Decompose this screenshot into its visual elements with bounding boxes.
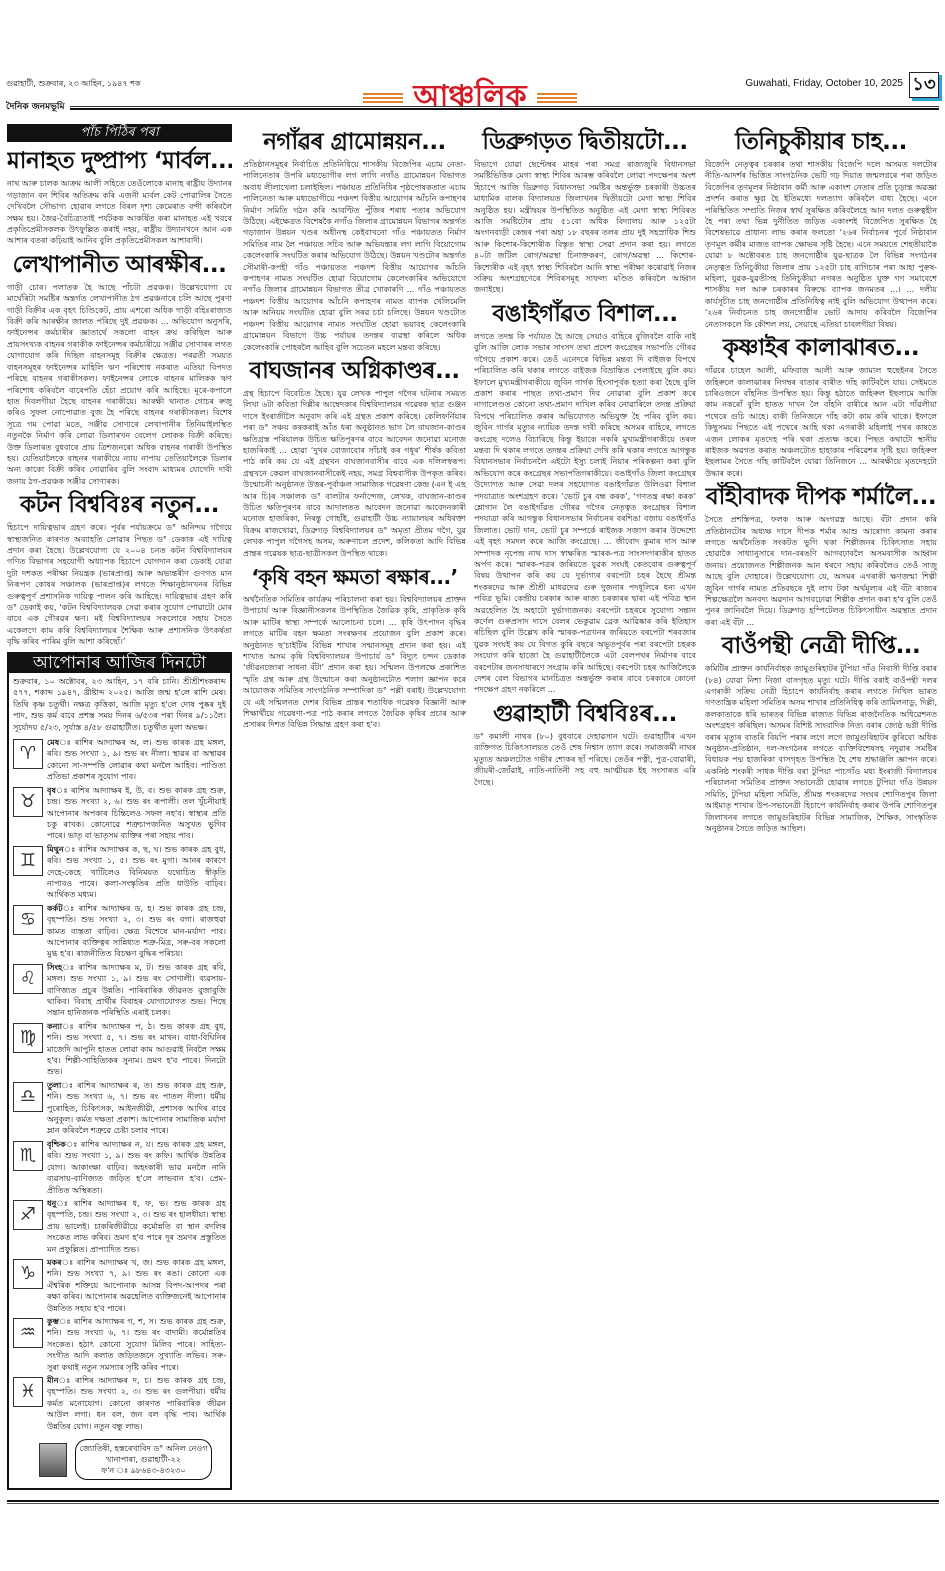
horoscope-title: আপোনাৰ আজিৰ দিনটো — [9, 654, 230, 673]
astrologer-name: জ্যোতিষী, হস্তৰেখাবিদ ড° অনিল নেওগ — [79, 1443, 208, 1454]
column-1: পাঁচ পিঠিৰ পৰা মানাহত দুষ্প্ৰাপ্য ‘মাৰ্ব… — [7, 124, 232, 1490]
zodiac-name: মকৰ — [47, 1258, 62, 1267]
zodiac-entry: ♈মেষঃ ৰাশিৰ আদ্যাক্ষৰ অ, ল। শুভ কাৰক গ্ৰ… — [9, 736, 230, 784]
article-body: গাঁৱৰে চাহেল আলী, মফিবাজ আলী আৰু জামাল হ… — [705, 365, 937, 479]
aries-icon: ♈ — [13, 739, 43, 769]
zodiac-name: কৰ্কট — [47, 904, 63, 913]
zodiac-name: বৃশ্চিক — [47, 1140, 66, 1149]
article-body: প্ৰতিষ্ঠানসমূহৰ নিৰ্বাচিত প্ৰতিনিধিয়ে শ… — [243, 159, 466, 353]
article-body: কমিটিৰ প্ৰাক্তন কাৰ্যনিৰ্বাহক জামুগুৰিহা… — [705, 663, 937, 834]
libra-icon: ♎ — [13, 1082, 43, 1112]
article-headline: বাঁহীবাদক দীপক শৰ্মালৈ... — [705, 482, 937, 512]
article-headline: নগাঁৱৰ গ্ৰামোন্নয়ন... — [243, 127, 466, 157]
zodiac-text: ঃ ৰাশিৰ আদ্যাক্ষৰ গ, শ, স। শুভ কাৰক গ্ৰহ… — [47, 1317, 226, 1372]
article-body: গ্ৰন্থ হিচাপে বিবেচিত হৈছে। যুৱ লেখক পাপ… — [243, 388, 466, 559]
english-date: Guwahati, Friday, October 10, 2025 — [745, 78, 903, 89]
zodiac-entry: ♎তুলাঃ ৰাশিৰ আদ্যাক্ষৰ ৰ, ত। শুভ কাৰক গ্… — [9, 1079, 230, 1138]
article: বাঁহীবাদক দীপক শৰ্মালৈ... সৈতে প্ৰশস্তিপ… — [705, 482, 937, 628]
article-body: ড° কমালী নাথৰ (৮০) বুধবাৰে দেহাৱসান ঘটে।… — [474, 731, 696, 788]
zodiac-text: ঃ ৰাশিৰ আদ্যাক্ষৰ অ, ল। শুভ কাৰক গ্ৰহ মঙ… — [47, 738, 226, 781]
article-headline: লেখাপানীত আৰক্ষীৰ... — [7, 250, 232, 280]
zodiac-text: ঃ ৰাশিৰ আদ্যাক্ষৰ ধ, ফ, ভ। শুভ কাৰক গ্ৰহ… — [47, 1199, 226, 1254]
article: গুৱাহাটী বিশ্ববিঃৰ... ড° কমালী নাথৰ (৮০)… — [474, 699, 696, 788]
article-headline: মানাহত দুষ্প্ৰাপ্য ‘মাৰ্বল...’ — [7, 146, 232, 176]
zodiac-name: কুম্ভ — [47, 1317, 59, 1326]
article: বাওঁপন্থী নেত্ৰী দীপ্তি... কমিটিৰ প্ৰাক্… — [705, 631, 937, 834]
zodiac-text: ঃ ৰাশিৰ আদ্যাক্ষৰ প, ঠ। শুভ কাৰক গ্ৰহ বু… — [47, 1022, 226, 1077]
zodiac-name: কন্যা — [47, 1022, 62, 1031]
zodiac-name: মীন — [47, 1376, 59, 1385]
astrologer-phone: ফ'ন ঃ ৯৮৬৪৩-৪৩২৩০ — [79, 1465, 208, 1476]
newspaper-brand: দৈনিক জনমভূমি — [6, 99, 64, 114]
zodiac-text: ঃ ৰাশিৰ আদ্যাক্ষৰ ক, ছ, ঘ। শুভ কাৰক গ্ৰহ… — [47, 845, 226, 900]
horoscope-box: আপোনাৰ আজিৰ দিনটো শুক্ৰবাৰ, ১০ অক্টোবৰ, … — [7, 652, 232, 1490]
zodiac-text: ঃ ৰাশিৰ আদ্যাক্ষৰ ন, য। শুভ কাৰক গ্ৰহ মঙ… — [47, 1140, 226, 1195]
cancer-icon: ♋ — [13, 905, 43, 935]
article-headline: বাঘজানৰ অগ্নিকাণ্ডৰ... — [243, 356, 466, 386]
logo-bars-right-icon — [537, 93, 577, 103]
astrologer-address: খানাপাৰা, গুৱাহাটী-২২ — [79, 1454, 208, 1465]
virgo-icon: ♍ — [13, 1023, 43, 1053]
article-body: নাথ আৰু চালক আক্ৰম আলী সহিতে তেওঁলোকে মা… — [7, 178, 232, 246]
zodiac-text: ঃ ৰাশিৰ আদ্যাক্ষৰ খ, জ। শুভ কাৰক গ্ৰহ মঙ… — [47, 1258, 226, 1313]
article-body: লগতে তদন্ত কি পৰ্যায়ত হৈ আছে সেয়াও বাহ… — [474, 331, 696, 696]
zodiac-entry: ♐ধনুঃ ৰাশিৰ আদ্যাক্ষৰ ধ, ফ, ভ। শুভ কাৰক … — [9, 1197, 230, 1256]
gemini-icon: ♊ — [13, 846, 43, 876]
article-body: বিভাগে যোৱা ছেপ্টেম্বৰ মাহৰ পৰা সমগ্ৰ ৰা… — [474, 159, 696, 296]
pisces-icon: ♓ — [13, 1377, 43, 1407]
aquarius-icon: ♒ — [13, 1318, 43, 1348]
article-headline: তিনিচুকীয়াৰ চাহ... — [705, 127, 937, 157]
header-rule — [70, 106, 939, 110]
zodiac-text: ঃ ৰাশিৰ আদ্যাক্ষৰ ৰ, ত। শুভ কাৰক গ্ৰহ শু… — [47, 1081, 226, 1136]
article: কটন বিশ্ববিঃৰ নতুন... হিচাপে দায়িত্বভাৰ… — [7, 490, 232, 647]
article: ‘কৃষি বহন ক্ষমতা ৰক্ষাৰ...’ অৰ্থনৈতিক সম… — [243, 562, 466, 731]
zodiac-text: ঃ ৰাশিৰ আদ্যাক্ষৰ ড, হ। শুভ কাৰক গ্ৰহ চন… — [47, 904, 226, 959]
article-body: অৰ্থনৈতিক সমিতিৰ কাৰ্যক্ৰম পৰিচালনা কৰা … — [243, 594, 466, 731]
article-headline: ‘কৃষি বহন ক্ষমতা ৰক্ষাৰ...’ — [243, 562, 466, 592]
article-body: গাড়ী চোৰ। পলাতক হৈ আছে পাঁচটা প্ৰৱঞ্চক।… — [7, 282, 232, 487]
zodiac-entry: ♌সিংহঃ ৰাশিৰ আদ্যাক্ষৰ ম, ট। শুভ কাৰক গ্… — [9, 961, 230, 1020]
article: ডিব্ৰুগড়ত দ্বিতীয়টো... বিভাগে যোৱা ছেপ… — [474, 127, 696, 296]
zodiac-entry: ♋কৰ্কটঃ ৰাশিৰ আদ্যাক্ষৰ ড, হ। শুভ কাৰক গ… — [9, 902, 230, 961]
article: লেখাপানীত আৰক্ষীৰ... গাড়ী চোৰ। পলাতক হৈ… — [7, 250, 232, 487]
article: মানাহত দুষ্প্ৰাপ্য ‘মাৰ্বল...’ নাথ আৰু চ… — [7, 146, 232, 246]
article: নগাঁৱৰ গ্ৰামোন্নয়ন... প্ৰতিষ্ঠানসমূহৰ ন… — [243, 127, 466, 353]
zodiac-entry: ♑মকৰঃ ৰাশিৰ আদ্যাক্ষৰ খ, জ। শুভ কাৰক গ্ৰ… — [9, 1256, 230, 1315]
column-4: তিনিচুকীয়াৰ চাহ... বিজেপি নেতৃত্বৰ চৰকা… — [705, 124, 937, 834]
capricorn-icon: ♑ — [13, 1259, 43, 1289]
zodiac-name: সিংহ — [47, 963, 62, 972]
zodiac-entry: ♓মীনঃ ৰাশিৰ আদ্যাক্ষৰ দ, চ। শুভ কাৰক গ্ৰ… — [9, 1374, 230, 1433]
zodiac-entry: ♏বৃশ্চিকঃ ৰাশিৰ আদ্যাক্ষৰ ন, য। শুভ কাৰক… — [9, 1138, 230, 1197]
article-headline: বাওঁপন্থী নেত্ৰী দীপ্তি... — [705, 631, 937, 661]
article: কৃষ্ণাইৰ কালাঝাৰত... গাঁৱৰে চাহেল আলী, ম… — [705, 333, 937, 479]
leo-icon: ♌ — [13, 964, 43, 994]
zodiac-entry: ♒কুম্ভঃ ৰাশিৰ আদ্যাক্ষৰ গ, শ, স। শুভ কাৰ… — [9, 1315, 230, 1374]
zodiac-text: ঃ ৰাশিৰ আদ্যাক্ষৰ ম, ট। শুভ কাৰক গ্ৰহ ৰব… — [47, 963, 226, 1018]
section-logo: আঞ্চলিক — [350, 72, 590, 123]
article: তিনিচুকীয়াৰ চাহ... বিজেপি নেতৃত্বৰ চৰকা… — [705, 127, 937, 330]
scorpio-icon: ♏ — [13, 1141, 43, 1171]
zodiac-text: ঃ ৰাশিৰ আদ্যাক্ষৰ দ, চ। শুভ কাৰক গ্ৰহ চন… — [47, 1376, 226, 1431]
column-2: নগাঁৱৰ গ্ৰামোন্নয়ন... প্ৰতিষ্ঠানসমূহৰ ন… — [243, 124, 466, 731]
taurus-icon: ♉ — [13, 787, 43, 817]
zodiac-text: ঃ ৰাশিৰ আদ্যাক্ষৰ ই, উ, ব। শুভ কাৰক গ্ৰহ… — [47, 786, 226, 841]
article-headline: গুৱাহাটী বিশ্ববিঃৰ... — [474, 699, 696, 729]
astrologer-photo — [39, 1443, 67, 1477]
article-headline: বঙাইগাঁৱত বিশাল... — [474, 299, 696, 329]
article-body: হিচাপে দায়িত্বভাৰ গ্ৰহণ কৰে। পূৰ্বৰ পৰ্… — [7, 522, 232, 647]
footer-rule — [7, 1500, 939, 1504]
zodiac-entry: ♊মিথুনঃ ৰাশিৰ আদ্যাক্ষৰ ক, ছ, ঘ। শুভ কাৰ… — [9, 843, 230, 902]
astrologer-contact-box: জ্যোতিষী, হস্তৰেখাবিদ ড° অনিল নেওগ খানাপ… — [75, 1439, 212, 1480]
zodiac-name: ধনু — [47, 1199, 56, 1208]
page-number: ১৩ — [909, 72, 939, 98]
astrologer-credit: জ্যোতিষী, হস্তৰেখাবিদ ড° অনিল নেওগ খানাপ… — [9, 1433, 230, 1488]
article-body: বিজেপি নেতৃত্বৰ চৰকাৰ তথা শাসকীয় বিজেপি… — [705, 159, 937, 330]
masthead: গুৱাহাটী, শুক্রবাৰ, ২৩ আহিন, ১৯৪৭ শক দৈন… — [0, 72, 945, 124]
column-3: ডিব্ৰুগড়ত দ্বিতীয়টো... বিভাগে যোৱা ছেপ… — [474, 124, 696, 788]
zodiac-name: বৃষ — [47, 786, 56, 795]
zodiac-entry: ♍কন্যাঃ ৰাশিৰ আদ্যাক্ষৰ প, ঠ। শুভ কাৰক গ… — [9, 1020, 230, 1079]
zodiac-entry: ♉বৃষঃ ৰাশিৰ আদ্যাক্ষৰ ই, উ, ব। শুভ কাৰক … — [9, 784, 230, 843]
zodiac-name: মেষ — [47, 738, 59, 747]
local-date: গুৱাহাটী, শুক্রবাৰ, ২৩ আহিন, ১৯৪৭ শক — [6, 78, 141, 91]
article-headline: কটন বিশ্ববিঃৰ নতুন... — [7, 490, 232, 520]
zodiac-name: মিথুন — [47, 845, 64, 854]
horoscope-intro: শুক্ৰবাৰ, ১০ অক্টোবৰ, ২৩ আহিন, ১৭ বৰি চা… — [9, 673, 230, 736]
logo-bars-left-icon — [363, 93, 403, 103]
continuation-kicker: পাঁচ পিঠিৰ পৰা — [7, 124, 232, 142]
article-headline: ডিব্ৰুগড়ত দ্বিতীয়টো... — [474, 127, 696, 157]
article: বাঘজানৰ অগ্নিকাণ্ডৰ... গ্ৰন্থ হিচাপে বিব… — [243, 356, 466, 559]
zodiac-name: তুলা — [47, 1081, 61, 1090]
article: বঙাইগাঁৱত বিশাল... লগতে তদন্ত কি পৰ্যায়… — [474, 299, 696, 696]
article-headline: কৃষ্ণাইৰ কালাঝাৰত... — [705, 333, 937, 363]
article-body: সৈতে প্ৰশস্তিপত্ৰ, ফলক আৰু অংগৱস্ত্ৰ আছে… — [705, 514, 937, 628]
sagittarius-icon: ♐ — [13, 1200, 43, 1230]
